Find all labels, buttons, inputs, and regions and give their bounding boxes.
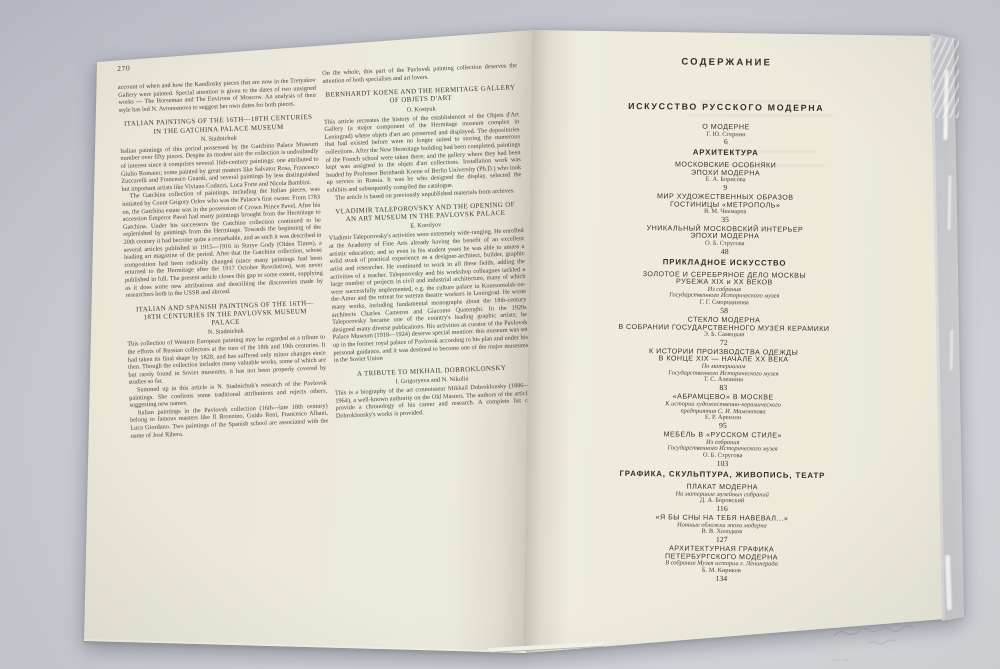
- toc-entry: О МОДЕРНЕ Г. Ю. Стернин 6: [600, 123, 852, 148]
- plastic-highlight: [948, 175, 952, 230]
- article-summary-koene: BERNHARDT KOENE AND THE HERMITAGE GALLER…: [323, 84, 522, 202]
- entry-page-number: 35: [599, 215, 851, 226]
- toc-section-heading: ГРАФИКА, СКУЛЬПТУРА, ЖИВОПИСЬ, ТЕАТР: [596, 469, 848, 481]
- paragraph: account of when and how the Kandinsky pi…: [118, 77, 317, 115]
- pencil-annotation: [826, 616, 966, 666]
- table-of-contents: СОДЕРЖАНИЕ ИСКУССТВО РУССКОГО МОДЕРНА О …: [595, 56, 853, 586]
- left-column-2: On the whole, this part of the Pavlovsk …: [322, 62, 531, 420]
- entry-page-number: 6: [600, 137, 852, 148]
- paragraph: Italian paintings of this period possess…: [120, 140, 320, 193]
- left-column-1: 270 account of when and how the Kandinsk…: [117, 57, 329, 440]
- toc-section-heading: ПРИКЛАДНОЕ ИСКУССТВО: [599, 256, 851, 268]
- toc-entry: ЗОЛОТОЕ И СЕРЕБРЯНОЕ ДЕЛО МОСКВЫ РУБЕЖА …: [598, 270, 850, 316]
- toc-entry: «Я БЫ СНЫ НА ТЕБЯ НАВЕВАЛ...» Нотные обл…: [596, 514, 848, 546]
- article-summary-gatchina: ITALIAN PAINTINGS OF THE 16TH—18TH CENTU…: [119, 114, 323, 300]
- entry-page-number: 116: [596, 504, 848, 515]
- toc-entry: МИР ХУДОЖЕСТВЕННЫХ ОБРАЗОВ ГОСТИНИЦЫ «МЕ…: [599, 193, 851, 225]
- open-book: 270 account of when and how the Kandinsk…: [0, 0, 1000, 669]
- entry-page-number: 127: [596, 535, 848, 546]
- photo-scene: 270 account of when and how the Kandinsk…: [0, 0, 1000, 669]
- entry-page-number: 95: [597, 421, 849, 432]
- paragraph: This article recreates the history of th…: [324, 111, 522, 195]
- paragraph: Italian paintings in the Pavlovsk collec…: [130, 402, 329, 440]
- toc-entry: «АБРАМЦЕВО» В МОСКВЕ К истории художеств…: [597, 393, 849, 432]
- plastic-highlight: [950, 330, 954, 370]
- plastic-highlight: [945, 555, 952, 610]
- paragraph: Vladimir Taleporovsky's activities were …: [329, 228, 529, 365]
- entry-page-number: 48: [599, 246, 851, 257]
- entry-page-number: 134: [595, 573, 847, 584]
- entry-page-number: 9: [599, 183, 851, 194]
- toc-entry: ПЛАКАТ МОДЕРНА На материале музейных соб…: [596, 483, 848, 515]
- toc-entry: УНИКАЛЬНЫЙ МОСКОВСКИЙ ИНТЕРЬЕР ЭПОХИ МОД…: [599, 225, 851, 257]
- paragraph: This collection of Western European pain…: [127, 334, 327, 387]
- toc-entry: МОСКОВСКИЕ ОСОБНЯКИ ЭПОХИ МОДЕРНА Е. А. …: [599, 161, 851, 193]
- article-summary-dobroklonsky: A TRIBUTE TO MIKHAIL DOBROKLONSKY I. Gri…: [334, 364, 531, 420]
- article-summary-pavlovsk-paintings: ITALIAN AND SPANISH PAINTINGS OF THE 16T…: [126, 299, 329, 440]
- plastic-crinkle: [933, 38, 959, 118]
- toc-entry: МЕБЕЛЬ В «РУССКОМ СТИЛЕ» Из собрания Гос…: [596, 431, 848, 470]
- toc-entry: К ИСТОРИИ ПРОИЗВОДСТВА ОДЕЖДЫ В КОНЦЕ XI…: [597, 348, 849, 394]
- entry-page-number: 72: [598, 338, 850, 349]
- toc-part-title: ИСКУССТВО РУССКОГО МОДЕРНА: [600, 101, 852, 114]
- page-number: 270: [117, 57, 315, 73]
- entry-page-number: 58: [598, 306, 850, 317]
- entry-page-number: 83: [597, 383, 849, 394]
- paragraph: The Gatchina collection of paintings, in…: [122, 186, 324, 300]
- toc-entry: СТЕКЛО МОДЕРНА В СОБРАНИИ ГОСУДАРСТВЕННО…: [598, 316, 850, 348]
- entry-page-number: 103: [596, 459, 848, 470]
- paragraph: On the whole, this part of the Pavlovsk …: [322, 62, 517, 85]
- toc-section-heading: АРХИТЕКТУРА: [600, 147, 852, 159]
- toc-title: СОДЕРЖАНИЕ: [601, 56, 853, 70]
- article-summary-taleporovsky: VLADIMIR TALEPOROVSKY AND THE OPENING OF…: [328, 201, 529, 364]
- toc-entry: АРХИТЕКТУРНАЯ ГРАФИКА ПЕТЕРБУРГСКОГО МОД…: [595, 545, 847, 584]
